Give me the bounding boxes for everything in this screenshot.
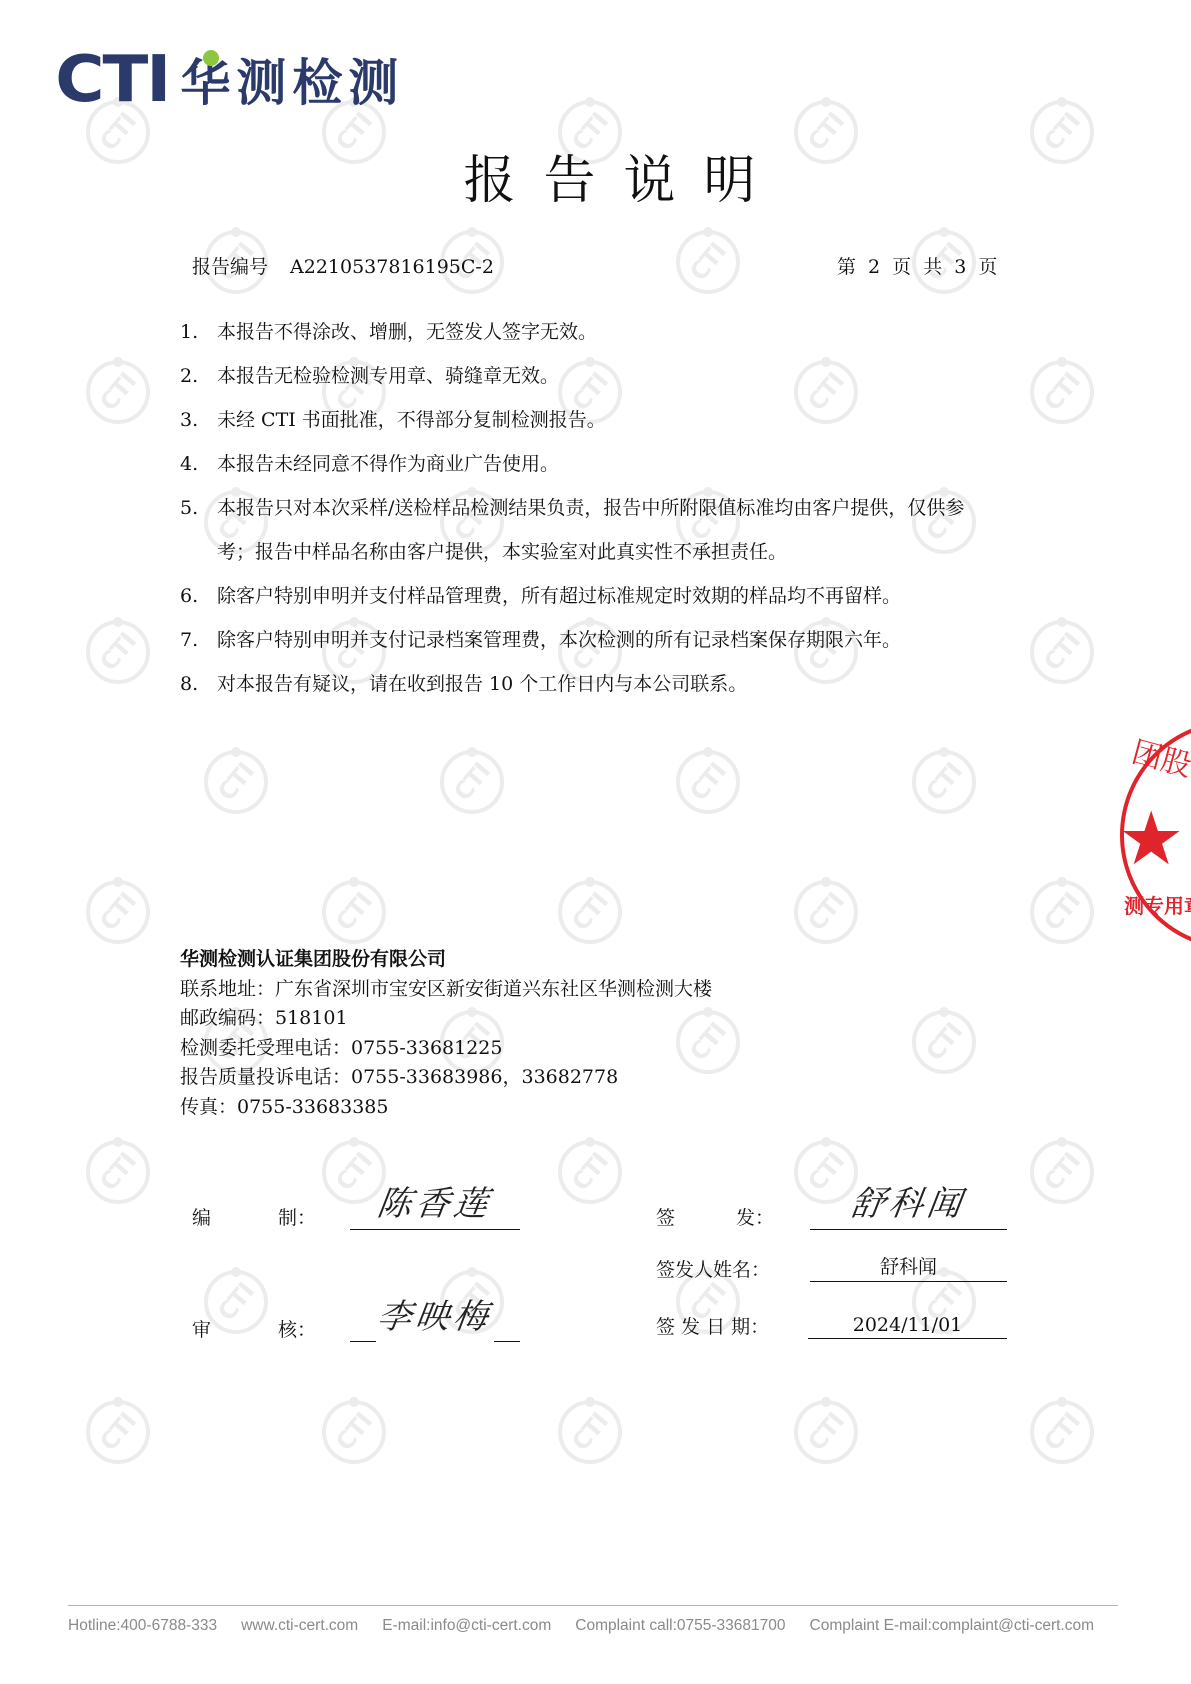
issuer-signature-field: 舒科闻: [810, 1190, 1007, 1230]
note-number: 5.: [180, 486, 217, 574]
issue-date-row: 签 发 日 期： 2024/11/01: [656, 1303, 1007, 1339]
label-part: 核：: [278, 1315, 316, 1342]
reviewer-signature-row: 审 核： 李映梅: [192, 1302, 520, 1342]
compiler-signature-row: 编 制： 陈香莲: [192, 1190, 520, 1230]
note-text: 本报告无检验检测专用章、骑缝章无效。: [217, 354, 1000, 398]
note-item: 3.未经 CTI 书面批准，不得部分复制检测报告。: [180, 398, 1000, 442]
note-text: 未经 CTI 书面批准，不得部分复制检测报告。: [217, 398, 1000, 442]
issue-date-field: 2024/11/01: [808, 1303, 1007, 1339]
official-seal-stamp: 团股份 ★ 测专用章: [1120, 720, 1191, 950]
stamp-bottom-text: 测专用章: [1124, 890, 1191, 919]
footer-website[interactable]: www.cti-cert.com: [241, 1617, 358, 1635]
company-complaint-phone: 报告质量投诉电话：0755-33683986，33682778: [180, 1063, 712, 1093]
report-number-value: A2210537816195C-2: [290, 256, 494, 278]
stamp-top-text: 团股份: [1128, 727, 1191, 793]
compiler-label: 编 制：: [192, 1203, 316, 1230]
compiler-signature: 陈香莲: [347, 1176, 524, 1225]
reviewer-signature: 李映梅: [347, 1289, 524, 1338]
issuer-name-label: 签发人姓名：: [656, 1255, 774, 1282]
issuer-name-row: 签发人姓名： 舒科闻: [656, 1246, 1007, 1282]
label-part: 签: [656, 1203, 675, 1230]
logo-dot-icon: [203, 50, 219, 66]
note-item: 1.本报告不得涂改、增删，无签发人签字无效。: [180, 310, 1000, 354]
note-item: 8.对本报告有疑议，请在收到报告 10 个工作日内与本公司联系。: [180, 662, 1000, 706]
logo-brand-text: CTI: [55, 48, 169, 112]
reviewer-label: 审 核：: [192, 1315, 316, 1342]
page-info: 第 2 页 共 3 页: [837, 252, 997, 279]
label-part: 制：: [278, 1203, 316, 1230]
issue-date-label: 签 发 日 期：: [656, 1312, 781, 1339]
company-logo: CTI 华测检测: [58, 48, 404, 112]
report-number: 报告编号A2210537816195C-2: [192, 252, 494, 279]
note-number: 7.: [180, 618, 217, 662]
label-part: 编: [192, 1203, 211, 1230]
footer-complaint-email[interactable]: Complaint E-mail:complaint@cti-cert.com: [810, 1617, 1094, 1635]
note-text: 除客户特别申明并支付样品管理费，所有超过标准规定时效期的样品均不再留样。: [217, 574, 1000, 618]
compiler-signature-field: 陈香莲: [350, 1190, 520, 1230]
footer-email[interactable]: E-mail:info@cti-cert.com: [382, 1617, 551, 1635]
note-number: 3.: [180, 398, 217, 442]
star-icon: ★: [1118, 802, 1184, 876]
note-text: 除客户特别申明并支付记录档案管理费，本次检测的所有记录档案保存期限六年。: [217, 618, 1000, 662]
company-info: 华测检测认证集团股份有限公司 联系地址：广东省深圳市宝安区新安街道兴东社区华测检…: [180, 945, 712, 1122]
issuer-signature-row: 签 发： 舒科闻: [656, 1190, 1007, 1230]
note-text: 本报告未经同意不得作为商业广告使用。: [217, 442, 1000, 486]
note-number: 4.: [180, 442, 217, 486]
footer-contact: Hotline:400-6788-333 www.cti-cert.com E-…: [68, 1617, 1094, 1635]
note-item: 6.除客户特别申明并支付样品管理费，所有超过标准规定时效期的样品均不再留样。: [180, 574, 1000, 618]
note-number: 6.: [180, 574, 217, 618]
note-text: 对本报告有疑议，请在收到报告 10 个工作日内与本公司联系。: [217, 662, 1000, 706]
note-item: 7.除客户特别申明并支付记录档案管理费，本次检测的所有记录档案保存期限六年。: [180, 618, 1000, 662]
note-text: 本报告不得涂改、增删，无签发人签字无效。: [217, 310, 1000, 354]
issuer-signature: 舒科闻: [807, 1176, 1011, 1225]
page-title: 报告说明: [0, 155, 1191, 207]
issue-date-value: 2024/11/01: [853, 1314, 963, 1336]
notes-list: 1.本报告不得涂改、增删，无签发人签字无效。 2.本报告无检验检测专用章、骑缝章…: [180, 310, 1000, 706]
company-postcode: 邮政编码：518101: [180, 1004, 712, 1034]
company-fax: 传真：0755-33683385: [180, 1093, 712, 1123]
note-item: 5.本报告只对本次采样/送检样品检测结果负责，报告中所附限值标准均由客户提供，仅…: [180, 486, 1000, 574]
label-part: 发：: [736, 1203, 774, 1230]
note-number: 8.: [180, 662, 217, 706]
issuer-name-field: 舒科闻: [810, 1246, 1007, 1282]
company-name: 华测检测认证集团股份有限公司: [180, 945, 712, 975]
footer-complaint-call: Complaint call:0755-33681700: [575, 1617, 785, 1635]
report-number-label: 报告编号: [192, 256, 268, 278]
note-number: 1.: [180, 310, 217, 354]
note-item: 2.本报告无检验检测专用章、骑缝章无效。: [180, 354, 1000, 398]
label-part: 审: [192, 1315, 211, 1342]
note-number: 2.: [180, 354, 217, 398]
logo-cn-text: 华测检测: [180, 58, 404, 112]
reviewer-signature-field: 李映梅: [350, 1302, 520, 1342]
footer-divider: [68, 1605, 1118, 1606]
note-text: 本报告只对本次采样/送检样品检测结果负责，报告中所附限值标准均由客户提供，仅供参…: [217, 486, 1000, 574]
issuer-name-value: 舒科闻: [880, 1252, 937, 1279]
note-item: 4.本报告未经同意不得作为商业广告使用。: [180, 442, 1000, 486]
company-service-phone: 检测委托受理电话：0755-33681225: [180, 1034, 712, 1064]
issuer-label: 签 发：: [656, 1203, 774, 1230]
footer-hotline: Hotline:400-6788-333: [68, 1617, 217, 1635]
company-address: 联系地址：广东省深圳市宝安区新安街道兴东社区华测检测大楼: [180, 975, 712, 1005]
